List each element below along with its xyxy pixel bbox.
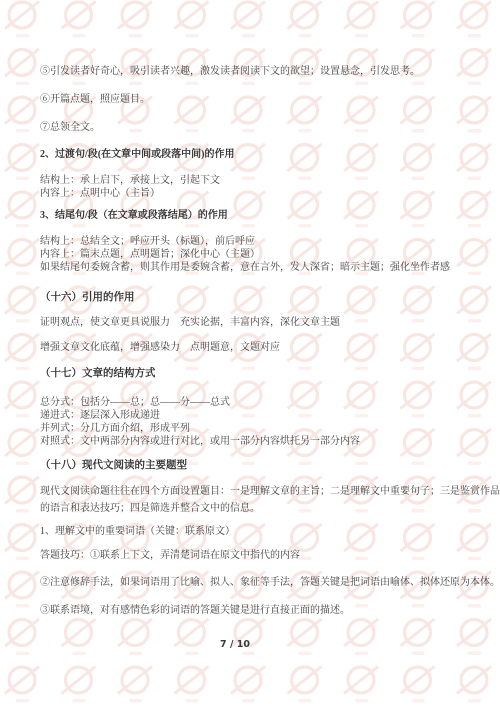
- text-line: 总分式：包括分——总；总——分——总式: [40, 396, 470, 409]
- text-line: 答题技巧：①联系上下文，弄清楚词语在原文中指代的内容: [40, 549, 470, 562]
- text-line: 结构上：总结全文；呼应开头（标题），前后呼应: [40, 235, 470, 248]
- text-line: 增强文章文化底蕴，增强感染力 点明题意，文题对应: [40, 341, 470, 354]
- subheading-transition-sentence: 2、过渡句/段(在文章中间或段落中间)的作用: [40, 148, 470, 161]
- section-heading-17: （十七）文章的结构方式: [40, 367, 470, 381]
- document-page: ⑤引发读者好奇心，吸引读者兴趣，激发读者阅读下文的欲望；设置悬念，引发思考。 ⑥…: [0, 0, 500, 707]
- text-line: ②注意修辞手法，如果词语用了比喻、拟人、象征等手法，答题关键是把词语由喻体、拟体…: [40, 576, 470, 589]
- text-line: （十六）引用的作用: [40, 291, 470, 305]
- text-line: 对照式：文中两部分内容或进行对比，或用一部分内容烘托另一部分内容: [40, 435, 470, 448]
- section-heading-16: （十六）引用的作用: [40, 291, 470, 305]
- text-line: 3、结尾句/段（在文章或段落结尾）的作用: [40, 209, 470, 222]
- text-line: ⑥开篇点题，照应题目。: [40, 93, 470, 106]
- paragraph-ending-details: 结构上：总结全文；呼应开头（标题），前后呼应 内容上：篇末点题，点明题旨；深化中…: [40, 235, 470, 274]
- text-line: 递进式：逐层深入形成递进: [40, 409, 470, 422]
- paragraph-answer-skill-3: ③联系语境，对有感情色彩的词语的答题关键是进行直接正面的描述。: [40, 604, 470, 617]
- subheading-ending-sentence: 3、结尾句/段（在文章或段落结尾）的作用: [40, 209, 470, 222]
- text-line: 并列式：分几方面介绍，形成平列: [40, 422, 470, 435]
- text-line: ③联系语境，对有感情色彩的词语的答题关键是进行直接正面的描述。: [40, 604, 470, 617]
- text-line: 内容上：点明中心（主旨）: [40, 187, 470, 200]
- page-number-indicator: 7 / 10: [0, 639, 470, 650]
- paragraph-item-5: ⑤引发读者好奇心，吸引读者兴趣，激发读者阅读下文的欲望；设置悬念，引发思考。: [40, 65, 470, 78]
- paragraph-answer-skill: 答题技巧：①联系上下文，弄清楚词语在原文中指代的内容: [40, 549, 470, 562]
- paragraph-item-7: ⑦总领全文。: [40, 121, 470, 134]
- paragraph-question-types-intro: 现代文阅读命题往往在四个方面设置题目：一是理解文章的主旨；二是理解文中重要句子；…: [40, 484, 470, 517]
- section-heading-18: （十八）现代文阅读的主要题型: [40, 459, 470, 473]
- text-line: 证明观点，使文章更具说服力 充实论据，丰富内容，深化文章主题: [40, 316, 470, 329]
- text-line: 如果结尾句委婉含蓄，则其作用是委婉含蓄，意在言外，发人深省；暗示主题；强化坐作者…: [40, 261, 470, 274]
- paragraph-citation-role-2: 增强文章文化底蕴，增强感染力 点明题意，文题对应: [40, 341, 470, 354]
- subitem-1-important-words: 1、理解文中的重要词语（关键：联系原文）: [40, 525, 470, 538]
- text-line: ⑦总领全文。: [40, 121, 470, 134]
- page-content: ⑤引发读者好奇心，吸引读者兴趣，激发读者阅读下文的欲望；设置悬念，引发思考。 ⑥…: [0, 0, 500, 707]
- paragraph-structure-types: 总分式：包括分——总；总——分——总式 递进式：逐层深入形成递进 并列式：分几方…: [40, 396, 470, 448]
- paragraph-structure-content: 结构上：承上启下，承接上文，引起下文 内容上：点明中心（主旨）: [40, 174, 470, 200]
- text-line: 结构上：承上启下，承接上文，引起下文: [40, 174, 470, 187]
- paragraph-item-6: ⑥开篇点题，照应题目。: [40, 93, 470, 106]
- text-line: 2、过渡句/段(在文章中间或段落中间)的作用: [40, 148, 470, 161]
- text-line: （十七）文章的结构方式: [40, 367, 470, 381]
- text-line: 内容上：篇末点题，点明题旨；深化中心（主题）: [40, 248, 470, 261]
- text-line: （十八）现代文阅读的主要题型: [40, 459, 470, 473]
- paragraph-answer-skill-2: ②注意修辞手法，如果词语用了比喻、拟人、象征等手法，答题关键是把词语由喻体、拟体…: [40, 576, 470, 589]
- text-line: 1、理解文中的重要词语（关键：联系原文）: [40, 525, 470, 538]
- text-line: 的语言和表达技巧；四是筛选并整合文中的信息。: [40, 501, 470, 518]
- text-line: ⑤引发读者好奇心，吸引读者兴趣，激发读者阅读下文的欲望；设置悬念，引发思考。: [40, 65, 470, 78]
- text-line: 现代文阅读命题往往在四个方面设置题目：一是理解文章的主旨；二是理解文中重要句子；…: [40, 484, 470, 501]
- paragraph-citation-role-1: 证明观点，使文章更具说服力 充实论据，丰富内容，深化文章主题: [40, 316, 470, 329]
